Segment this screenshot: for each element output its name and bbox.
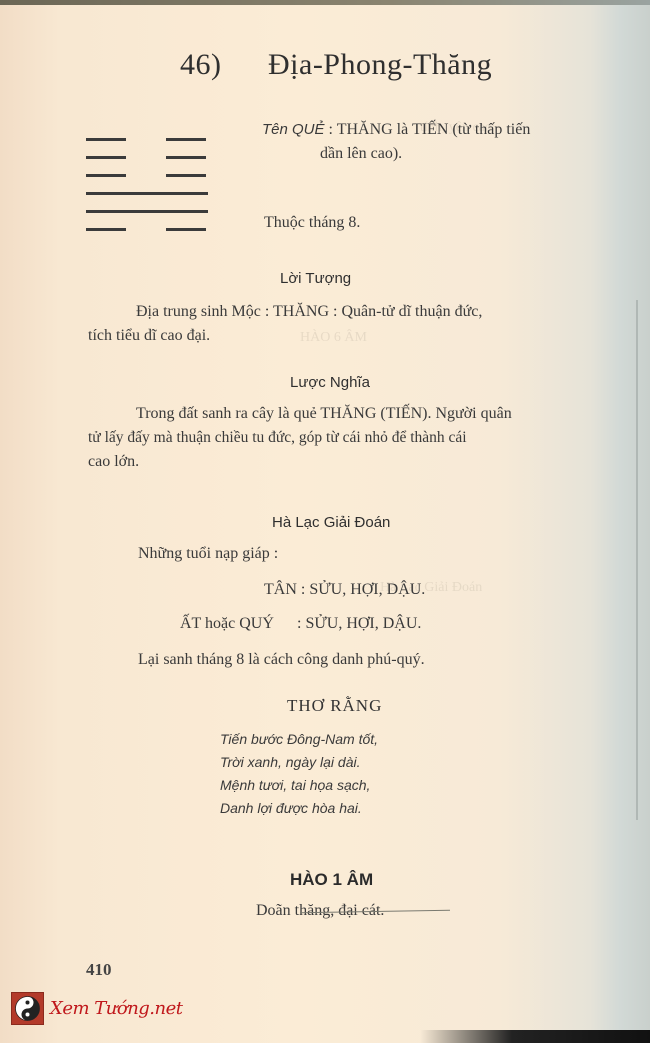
page-number: 410	[86, 960, 112, 980]
luoc-nghia-line3: cao lớn.	[88, 450, 139, 473]
page-top-edge	[0, 0, 650, 5]
hexagram-month: Thuộc tháng 8.	[264, 214, 360, 232]
chapter-title: Địa-Phong-Thăng	[268, 48, 492, 81]
ha-lac-intro: Những tuổi nạp giáp :	[138, 542, 278, 565]
hexagram-line-yin	[86, 168, 208, 186]
poem: Tiến bước Đông-Nam tốt, Trời xanh, ngày …	[220, 728, 378, 820]
chapter-number: 46)	[180, 48, 268, 82]
poem-line: Danh lợi được hòa hai.	[220, 797, 378, 820]
page-spine-shadow	[636, 300, 638, 820]
watermark-text: Xem Tướng.net	[50, 998, 183, 1019]
section-heading-hao-1: HÀO 1 ÂM	[290, 870, 373, 890]
ha-lac-row2-label: ẤT hoặc QUÝ	[180, 612, 274, 635]
loi-tuong-line2: tích tiểu dĩ cao đại.	[88, 324, 210, 347]
hexagram-name-line2: dần lên cao).	[262, 142, 622, 166]
book-page: tính, yên cao HÀO 6 ÂM Hà Lạc Giải Đoán …	[0, 0, 650, 1043]
page-title: 46)Địa-Phong-Thăng	[180, 48, 492, 82]
ha-lac-row2-value: : SỬU, HỢI, DẬU.	[297, 612, 421, 635]
ha-lac-conclusion: Lại sanh tháng 8 là cách công danh phú-q…	[138, 648, 425, 671]
section-heading-tho-rang: THƠ RẰNG	[287, 696, 382, 716]
poem-line: Tiến bước Đông-Nam tốt,	[220, 728, 378, 751]
hexagram-symbol	[86, 132, 208, 240]
hexagram-line-yin	[86, 132, 208, 150]
page-bottom-edge	[420, 1030, 650, 1043]
hexagram-name-line1: : THĂNG là TIẾN (từ thấp tiến	[329, 121, 531, 138]
hexagram-line-yang	[86, 204, 208, 222]
poem-line: Trời xanh, ngày lại dài.	[220, 751, 378, 774]
watermark-logo[interactable]: Xem Tướng.net	[11, 992, 183, 1025]
hexagram-line-yin	[86, 150, 208, 168]
hexagram-name-label: Tên QUẺ	[262, 121, 325, 138]
section-heading-luoc-nghia: Lược Nghĩa	[290, 374, 370, 391]
yin-yang-icon	[11, 992, 44, 1025]
ha-lac-row1: TÂN : SỬU, HỢI, DẬU.	[264, 578, 425, 601]
luoc-nghia-line2: tử lấy đấy mà thuận chiều tu đức, góp từ…	[88, 426, 467, 449]
luoc-nghia-line1: Trong đất sanh ra cây là quẻ THĂNG (TIẾN…	[136, 402, 512, 425]
hexagram-line-yin	[86, 222, 208, 240]
bleed-through-text: HÀO 6 ÂM	[300, 330, 367, 346]
hexagram-line-yang	[86, 186, 208, 204]
hexagram-name: Tên QUẺ : THĂNG là TIẾN (từ thấp tiến dầ…	[262, 118, 622, 166]
section-heading-loi-tuong: Lời Tượng	[280, 270, 351, 287]
poem-line: Mệnh tươi, tai họa sạch,	[220, 774, 378, 797]
loi-tuong-line1: Địa trung sinh Mộc : THĂNG : Quân-tử dĩ …	[136, 300, 482, 323]
section-heading-ha-lac: Hà Lạc Giải Đoán	[272, 514, 390, 531]
